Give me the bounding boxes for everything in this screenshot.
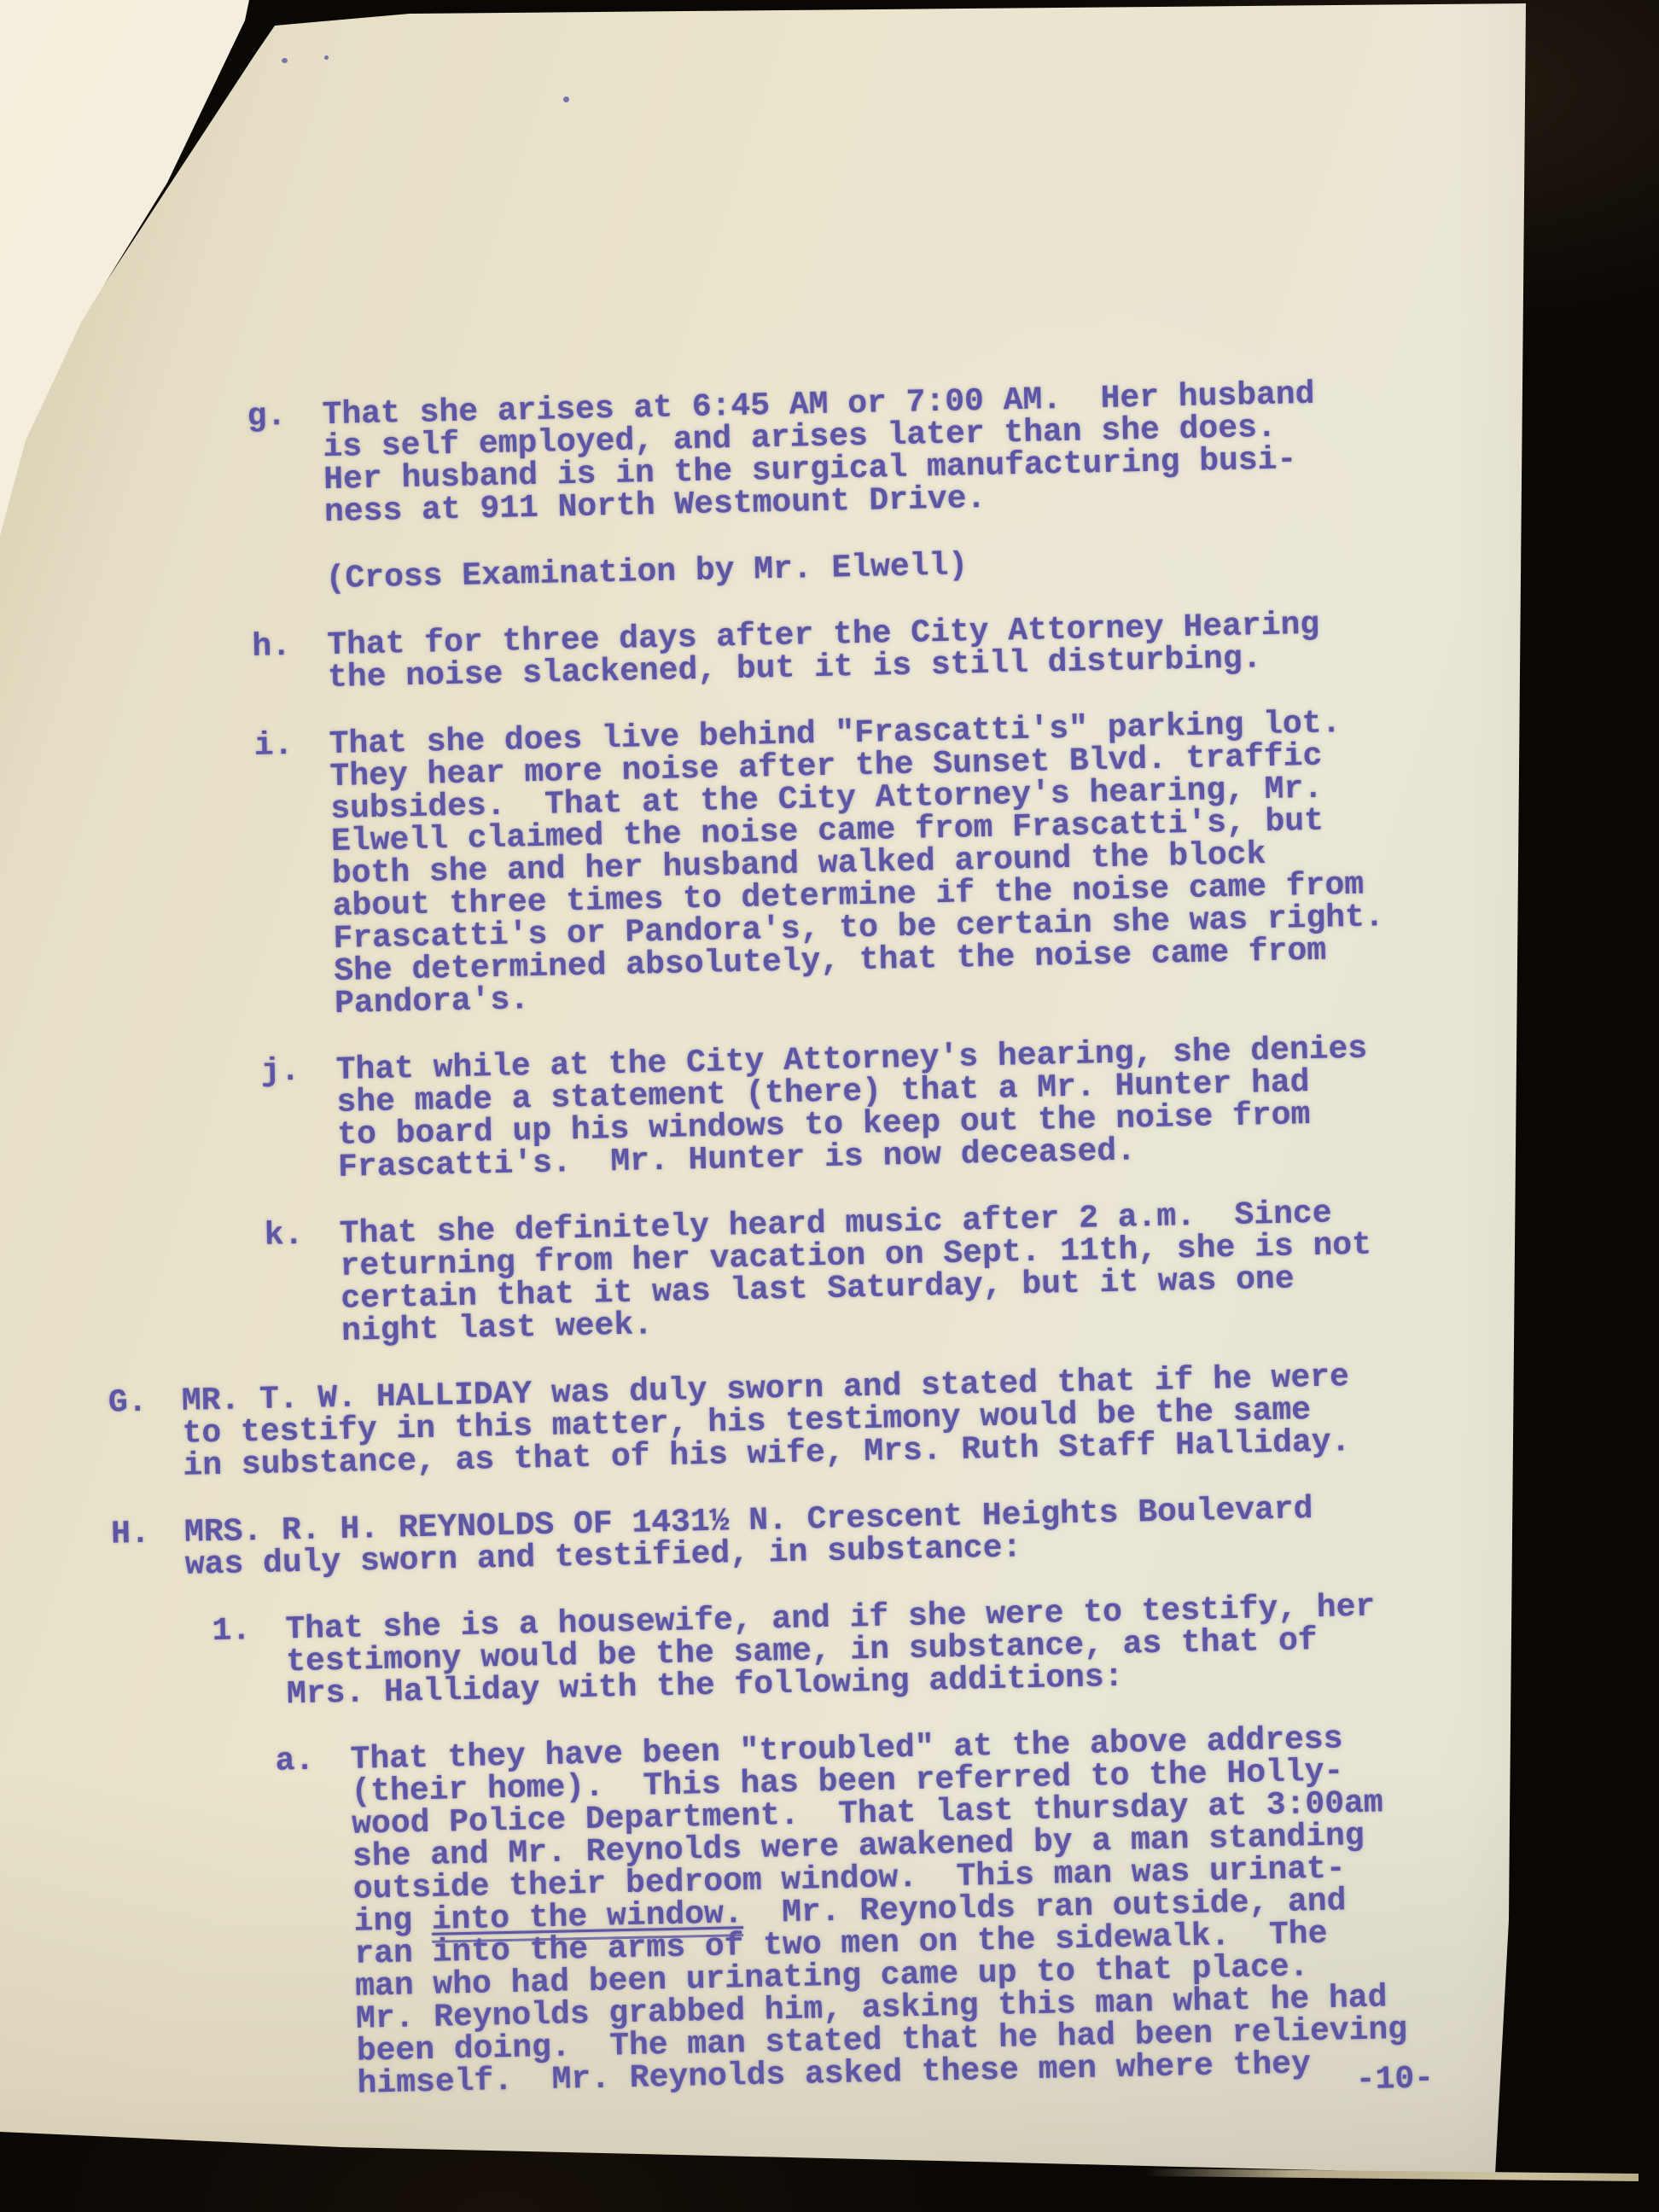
- item-marker: H.: [111, 1518, 150, 1551]
- item-marker: G.: [108, 1387, 148, 1420]
- testimony-item: g.That she arises at 6:45 AM or 7:00 AM.…: [83, 376, 1417, 534]
- typewritten-text: g.That she arises at 6:45 AM or 7:00 AM.…: [81, 279, 1452, 2204]
- testimony-item: h.That for three days after the City Att…: [88, 607, 1420, 700]
- item-marker: g.: [247, 400, 286, 434]
- item-marker: k.: [264, 1220, 303, 1253]
- testimony-item: a.That they have been "troubled" at the …: [111, 1721, 1449, 2106]
- testimony-item: i.That she does live behind "Frascatti's…: [90, 706, 1427, 1026]
- testimony-item: (Cross Examination by Mr. Elwell): [86, 540, 1417, 601]
- document-page: g.That she arises at 6:45 AM or 7:00 AM.…: [0, 0, 1659, 2212]
- item-marker: i.: [253, 730, 293, 763]
- item-marker: 1.: [212, 1615, 251, 1648]
- testimony-item: j.That while at the City Attorney's hear…: [96, 1032, 1430, 1190]
- text-line: (Cross Examination by Mr. Elwell): [325, 540, 1418, 596]
- testimony-item: 1.That she is a housewife, and if she we…: [108, 1590, 1441, 1715]
- photo-background: g.That she arises at 6:45 AM or 7:00 AM.…: [0, 0, 1659, 2212]
- testimony-item: G.MR. T. W. HALLIDAY was duly sworn and …: [104, 1359, 1437, 1485]
- testimony-item: H.MRS. R. H. REYNOLDS OF 1431½ N. Cresce…: [107, 1491, 1439, 1584]
- item-marker: a.: [275, 1745, 314, 1778]
- under-sheet-edge: [1144, 2168, 1639, 2181]
- ink-speck: [563, 96, 569, 102]
- page-number: -10-: [1355, 2063, 1434, 2097]
- item-marker: j.: [260, 1056, 300, 1089]
- testimony-item: k.That she definitely heard music after …: [100, 1196, 1434, 1353]
- ink-speck: [282, 58, 288, 63]
- item-marker: h.: [252, 631, 291, 664]
- ink-speck: [324, 55, 329, 60]
